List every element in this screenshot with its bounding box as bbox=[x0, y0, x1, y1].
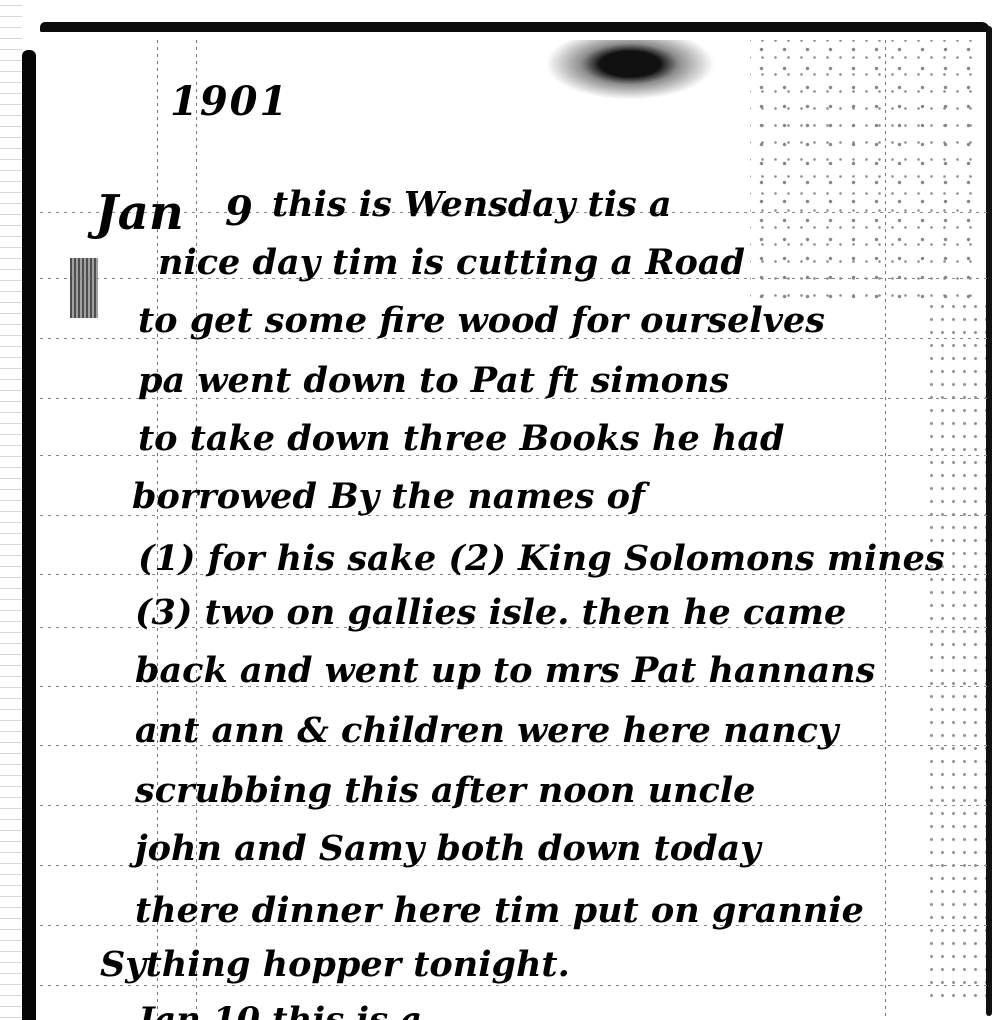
entry-line: pa went down to Pat ft simons bbox=[138, 360, 729, 401]
entry-line: ant ann & children were here nancy bbox=[135, 710, 838, 751]
entry-line: this is Wensday tis a bbox=[272, 184, 672, 225]
margin-rule bbox=[885, 40, 886, 1020]
page-right-edge bbox=[986, 26, 992, 1016]
page-top-edge bbox=[40, 22, 990, 32]
scan-speckle bbox=[926, 300, 986, 1000]
entry-line: nice day tim is cutting a Road bbox=[158, 242, 745, 283]
entry-line: scrubbing this after noon uncle bbox=[135, 770, 755, 811]
scan-speckle bbox=[750, 40, 980, 300]
entry-day: 9 bbox=[225, 188, 253, 235]
ruled-line bbox=[40, 985, 990, 986]
entry-line: back and went up to mrs Pat hannans bbox=[135, 650, 875, 691]
entry-line: (3) two on gallies isle. then he came bbox=[135, 592, 846, 633]
entry-line: there dinner here tim put on grannie bbox=[135, 890, 864, 931]
year-heading: 1901 bbox=[170, 78, 289, 125]
next-entry-cut-off: Jan 10 this is a ... bbox=[138, 1000, 469, 1020]
ink-stain bbox=[545, 40, 715, 100]
scan-noise bbox=[0, 0, 22, 1020]
page-binding-edge bbox=[22, 50, 36, 1020]
entry-line: to get some fire wood for ourselves bbox=[138, 300, 825, 341]
entry-line: john and Samy both down today bbox=[135, 828, 761, 869]
margin-smudge bbox=[70, 258, 98, 318]
diary-page: 1901 Jan 9 this is Wensday tis a nice da… bbox=[0, 0, 1000, 1020]
entry-line: Sything hopper tonight. bbox=[100, 944, 570, 985]
entry-line: borrowed By the names of bbox=[132, 476, 645, 517]
margin-rule bbox=[196, 40, 197, 1020]
entry-month: Jan bbox=[95, 185, 184, 241]
entry-line: to take down three Books he had bbox=[138, 418, 785, 459]
entry-line: (1) for his sake (2) King Solomons mines bbox=[138, 538, 945, 579]
